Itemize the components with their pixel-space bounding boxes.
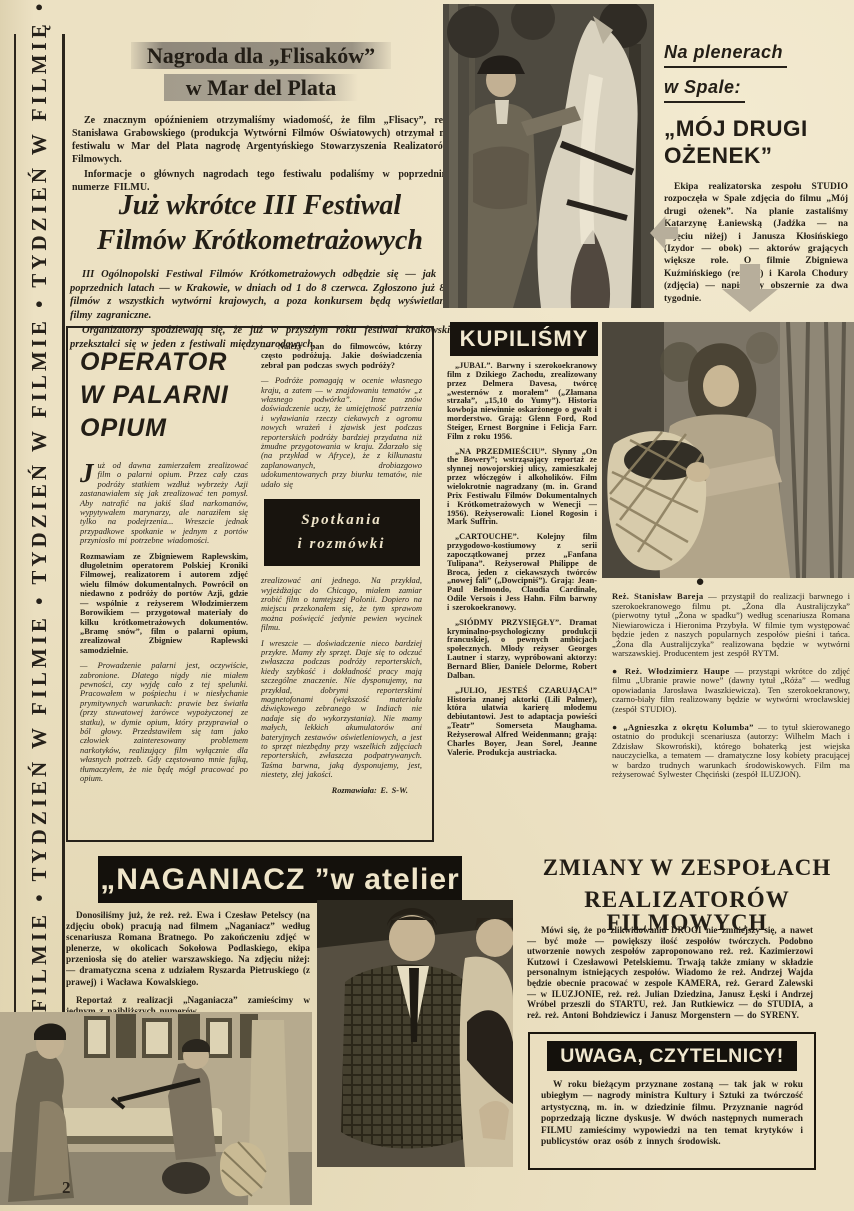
operator-para3: — Prowadzenie palarni jest, oczywiście, … (80, 661, 248, 783)
magazine-page: FILMIE • TYDZIEŃ W FILMIE • TYDZIEŃ W FI… (0, 0, 854, 1211)
operator-column-1: OPERATOR W PALARNI OPIUM Już od dawna za… (80, 342, 248, 832)
article-festiwal-para1: III Ogólnopolski Festiwal Filmów Krótkom… (70, 268, 450, 322)
operator-column-2: — Należy pan do filmowców, którzy często… (261, 342, 422, 832)
operator-answer1: — Podróże pomagają w ocenie własnego kra… (261, 376, 422, 489)
kupilismy-item: „JULIO, JESTEŚ CZARUJĄCA!” Historia znan… (447, 687, 597, 758)
zmiany-body: Mówi się, że po zlikwidowaniu DROGI nie … (527, 925, 813, 1020)
article-flisacy-title: Nagroda dla „Flisaków” w Mar del Plata (72, 40, 450, 104)
sidebar-masthead-strip: FILMIE • TYDZIEŃ W FILMIE • TYDZIEŃ W FI… (14, 34, 65, 1012)
photo-actress-with-basket (602, 322, 854, 578)
kupilismy-item: „CARTOUCHE”. Kolejny film przygodowo-kos… (447, 533, 597, 613)
photo-atelier-scene (0, 1012, 312, 1205)
kupilismy-heading: KUPILIŚMY (450, 322, 598, 356)
badge-spotkania-i-rozmowki: Spotkania i rozmówki (264, 499, 420, 566)
section-divider-dot: ● (688, 574, 712, 591)
zmiany-heading: ZMIANY W ZESPOŁACH REALIZATORÓW FILMOWYC… (520, 856, 854, 934)
article-operator-title: OPERATOR W PALARNI OPIUM (80, 346, 248, 445)
page-number: 2 (62, 1178, 71, 1198)
operator-question: — Należy pan do filmowców, którzy często… (261, 342, 422, 370)
article-flisacy-para1: Ze znacznym opóźnieniem otrzymaliśmy wia… (72, 114, 450, 166)
news-bullet: ● Reż. Włodzimierz Haupe — przystąpi wkr… (612, 667, 850, 715)
operator-para2: Rozmawiam ze Zbigniewem Raplewskim, dług… (80, 552, 248, 655)
news-bullet: Reż. Stanisław Bareja — przystąpił do re… (612, 592, 850, 659)
photo-directors-petelscy (317, 900, 513, 1167)
sidebar-inner: FILMIE • TYDZIEŃ W FILMIE • TYDZIEŃ W FI… (20, 34, 58, 1012)
article-flisacy: Nagroda dla „Flisaków” w Mar del Plata Z… (72, 40, 450, 196)
article-spala-kicker1: Na plenerach (664, 42, 787, 68)
uwaga-heading: UWAGA, CZYTELNICY! (547, 1041, 797, 1071)
uwaga-body: W roku bieżącym przyznane zostaną — tak … (541, 1080, 803, 1148)
kupilismy-item: „JUBAL”. Barwny i szerokoekranowy film z… (447, 362, 597, 442)
article-spala-kicker2: w Spale: (664, 77, 745, 103)
photo-actor-with-horse (443, 4, 654, 308)
kupilismy-column: „JUBAL”. Barwny i szerokoekranowy film z… (447, 362, 597, 844)
article-spala-title: „MÓJ DRUGI OŻENEK” (664, 115, 848, 169)
operator-answer3: I wreszcie — doświadczenie nieco bardzie… (261, 639, 422, 780)
kupilismy-item: „SIÓDMY PRZYSIĘGŁY”. Dramat kryminalno-p… (447, 619, 597, 681)
news-bullet: ● „Agnieszka z okrętu Kolumba” — to tytu… (612, 723, 850, 780)
article-festiwal-title: Już wkrótce III Festiwal Filmów Krótkome… (70, 188, 450, 258)
naganiacz-para1: Donosiliśmy już, że reż. reż. Ewa i Czes… (66, 910, 310, 988)
uwaga-box: UWAGA, CZYTELNICY! W roku bieżącym przyz… (528, 1032, 816, 1170)
article-naganiacz: Donosiliśmy już, że reż. reż. Ewa i Czes… (66, 910, 310, 1024)
dropcap: J (80, 463, 94, 483)
production-news-column: Reż. Stanisław Bareja — przystąpił do re… (612, 592, 850, 854)
kupilismy-item: „NA PRZEDMIEŚCIU”. Słynny „On the Bowery… (447, 448, 597, 528)
operator-answer2: zrealizować ani jednego. Na przykład, wy… (261, 576, 422, 632)
operator-para1: Już od dawna zamierzałem zrealizować fil… (80, 461, 248, 546)
naganiacz-heading: „NAGANIACZ ”w atelier (98, 856, 462, 903)
sidebar-vertical-text: FILMIE • TYDZIEŃ W FILMIE • TYDZIEŃ W FI… (27, 34, 52, 1012)
article-operator-box: OPERATOR W PALARNI OPIUM Już od dawna za… (66, 326, 434, 842)
operator-signature: Rozmawiała: E. S-W. (261, 786, 422, 795)
